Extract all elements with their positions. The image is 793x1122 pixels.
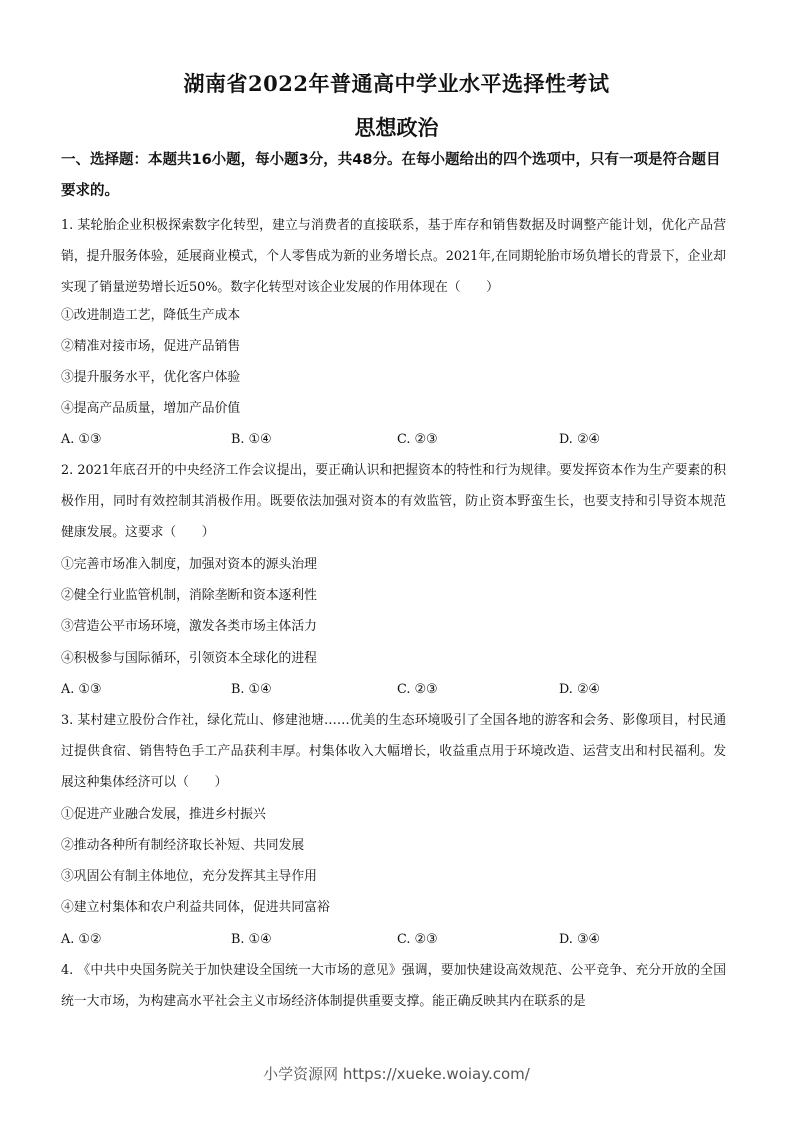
question-3-statement-2: ②推动各种所有制经济取长补短、共同发展 (61, 830, 304, 861)
question-1-choice-a: A. ①③ (61, 424, 101, 455)
question-1-stem: 1. 某轮胎企业积极探索数字化转型，建立与消费者的直接联系，基于库存和销售数据及… (61, 210, 726, 303)
question-3-choice-a: A. ①② (61, 924, 101, 955)
question-3-choice-b: B. ①④ (231, 924, 271, 955)
question-2-choice-d: D. ②④ (559, 674, 600, 705)
question-2-choice-a: A. ①③ (61, 674, 101, 705)
question-3-statement-3: ③巩固公有制主体地位，充分发挥其主导作用 (61, 861, 317, 892)
question-1-statement-1: ①改进制造工艺，降低生产成本 (61, 300, 240, 331)
question-3-statement-1: ①促进产业融合发展，推进乡村振兴 (61, 799, 266, 830)
exam-title: 湖南省2022年普通高中学业水平选择性考试 (0, 68, 793, 98)
question-2-statement-1: ①完善市场准入制度，加强对资本的源头治理 (61, 549, 317, 580)
section-heading: 一、选择题：本题共16小题，每小题3分，共48分。在每小题给出的四个选项中，只有… (61, 145, 726, 207)
question-1-statement-4: ④提高产品质量，增加产品价值 (61, 393, 240, 424)
question-3-choice-d: D. ③④ (559, 924, 600, 955)
question-2-choices: A. ①③ B. ①④ C. ②③ D. ②④ (61, 674, 726, 705)
question-3-stem: 3. 某村建立股份合作社，绿化荒山、修建池塘……优美的生态环境吸引了全国各地的游… (61, 705, 726, 798)
question-1-choice-b: B. ①④ (231, 424, 271, 455)
question-1-statement-2: ②精准对接市场，促进产品销售 (61, 331, 240, 362)
question-2-choice-b: B. ①④ (231, 674, 271, 705)
question-2-choice-c: C. ②③ (397, 674, 437, 705)
question-2-statement-3: ③营造公平市场环境，激发各类市场主体活力 (61, 611, 317, 642)
exam-page: 湖南省2022年普通高中学业水平选择性考试 思想政治 一、选择题：本题共16小题… (0, 0, 793, 1122)
question-1-statement-3: ③提升服务水平，优化客户体验 (61, 362, 240, 393)
question-1-choice-d: D. ②④ (559, 424, 600, 455)
question-3-statement-4: ④建立村集体和农户利益共同体，促进共同富裕 (61, 892, 330, 923)
question-3-choice-c: C. ②③ (397, 924, 437, 955)
exam-subject: 思想政治 (0, 112, 793, 142)
question-1-choices: A. ①③ B. ①④ C. ②③ D. ②④ (61, 424, 726, 455)
question-1-choice-c: C. ②③ (397, 424, 437, 455)
question-2-statement-2: ②健全行业监管机制，消除垄断和资本逐利性 (61, 580, 317, 611)
question-3-choices: A. ①② B. ①④ C. ②③ D. ③④ (61, 924, 726, 955)
question-2-statement-4: ④积极参与国际循环，引领资本全球化的进程 (61, 643, 317, 674)
footer-watermark: 小学资源网 https://xueke.woiay.com/ (0, 1063, 793, 1084)
question-2-stem: 2. 2021年底召开的中央经济工作会议提出，要正确认识和把握资本的特性和行为规… (61, 455, 726, 548)
question-4-stem: 4. 《中共中央国务院关于加快建设全国统一大市场的意见》强调，要加快建设高效规范… (61, 955, 726, 1017)
